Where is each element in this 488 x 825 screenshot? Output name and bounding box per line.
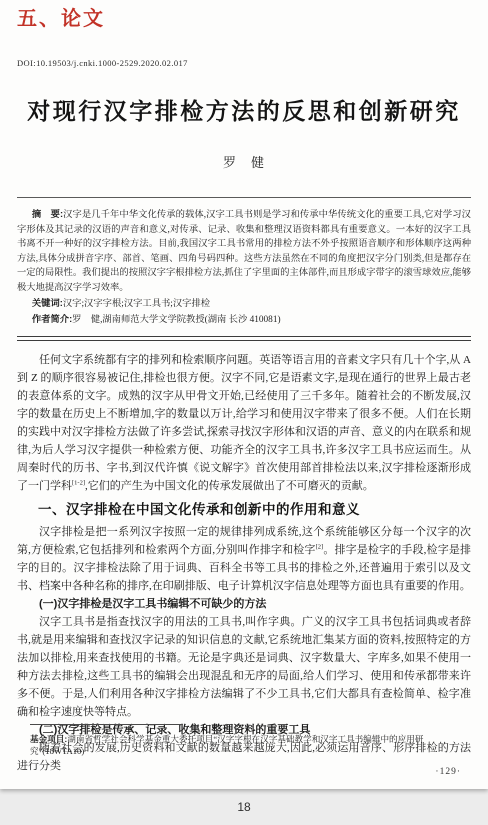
viewer-footer: 18: [0, 789, 488, 825]
fund-project-line: 基金项目:湖南省哲学社会科学基金重大委托项目“汉字字根在汉字基础教学和汉字工具书…: [17, 733, 471, 757]
section-1-heading: 一、汉字排检在中国文化传承和创新中的作用和意义: [17, 500, 471, 520]
abstract-label: 摘 要:: [32, 209, 63, 219]
abstract-divider: [17, 336, 471, 341]
scanned-paper-page: 五、论文 DOI:10.19503/j.cnki.1000-2529.2020.…: [0, 0, 488, 789]
subsection-1-heading: (一)汉字排检是汉字工具书编辑不可缺少的方法: [17, 595, 471, 613]
intro-paragraph: 任何文字系统都有字的排列和检索顺序问题。英语等语言用的音素文字只有几十个字,从 …: [17, 351, 471, 495]
intro-paragraph-text: 任何文字系统都有字的排列和检索顺序问题。英语等语言用的音素文字只有几十个字,从 …: [17, 354, 471, 492]
title-divider: [17, 197, 471, 198]
author-name: 罗 健: [17, 152, 471, 171]
keywords-label: 关键词:: [32, 298, 63, 308]
subsection-1-paragraph: 汉字工具书是指查找汉字的用法的工具书,叫作字典。广义的汉字工具书包括词典或者辞书…: [17, 613, 471, 721]
article-title: 对现行汉字排检方法的反思和创新研究: [17, 96, 471, 128]
citation-ref: [1-2]: [72, 479, 85, 486]
author-bio-line: 作者简介:罗 健,湖南师范大学文学院教授(湖南 长沙 410081): [17, 312, 471, 328]
intro-paragraph-text-cont: ,它们的产生为中国文化的传承发展做出了不可磨灭的贡献。: [85, 480, 374, 492]
keywords-line: 关键词:汉字;汉字字根;汉字工具书;汉字排检: [17, 296, 471, 312]
fund-project-label: 基金项目:: [30, 734, 67, 744]
fund-project-text: 湖南省哲学社会科学基金重大委托项目“汉字字根在汉字基础教学和汉字工具书编辑中的应…: [30, 734, 423, 756]
section-1-paragraph: 汉字排检是把一系列汉字按照一定的规律排列成系统,这个系统能够区分每一个汉字的次第…: [17, 523, 471, 595]
author-bio-text: 罗 健,湖南师范大学文学院教授(湖南 长沙 410081): [72, 315, 280, 325]
doi-line: DOI:10.19503/j.cnki.1000-2529.2020.02.01…: [17, 58, 471, 68]
section-header: 五、论文: [17, 6, 471, 32]
keywords-text: 汉字;汉字字根;汉字工具书;汉字排检: [63, 299, 210, 309]
author-bio-label: 作者简介:: [32, 314, 72, 324]
abstract-paragraph: 摘 要:汉字是几千年中华文化传承的载体,汉字工具书则是学习和传承中华传统文化的重…: [17, 207, 471, 296]
footnote-area: 基金项目:湖南省哲学社会科学基金重大委托项目“汉字字根在汉字基础教学和汉字工具书…: [17, 716, 471, 757]
journal-page-number: ·129·: [435, 767, 461, 777]
footnote-divider: [30, 724, 182, 725]
article-body: 任何文字系统都有字的排列和检索顺序问题。英语等语言用的音素文字只有几十个字,从 …: [17, 351, 471, 775]
viewer-page-number: 18: [237, 800, 250, 814]
abstract-text: 汉字是几千年中华文化传承的载体,汉字工具书则是学习和传承中华传统文化的重要工具,…: [17, 210, 471, 293]
